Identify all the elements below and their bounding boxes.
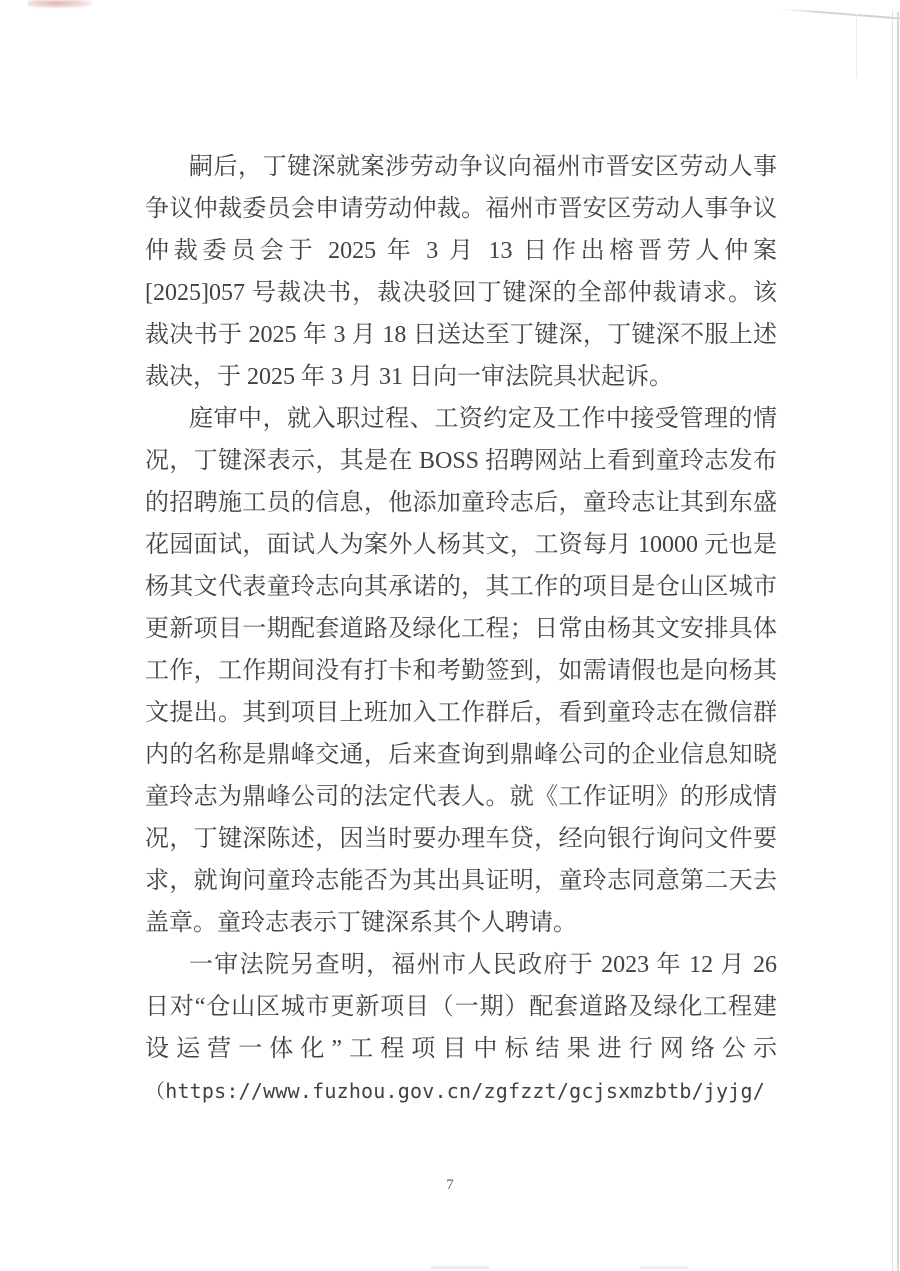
text-line: 一审法院另查明，福州市人民政府于 2023 年 12 月 26	[145, 944, 777, 986]
text-line: 裁决书于 2025 年 3 月 18 日送达至丁键深，丁键深不服上述	[145, 314, 777, 356]
text-line: （https://www.fuzhou.gov.cn/zgfzzt/gcjsxm…	[145, 1070, 777, 1112]
text-line: 设运营一体化”工程项目中标结果进行网络公示	[145, 1028, 777, 1070]
scan-edge-line-top	[780, 8, 900, 20]
text-line: 盖章。童玲志表示丁键深系其个人聘请。	[145, 902, 777, 944]
paragraph: 庭审中，就入职过程、工资约定及工作中接受管理的情况，丁键深表示，其是在 BOSS…	[145, 398, 777, 944]
paragraph: 嗣后，丁键深就案涉劳动争议向福州市晋安区劳动人事争议仲裁委员会申请劳动仲裁。福州…	[145, 146, 777, 398]
text-line: 况，丁键深陈述，因当时要办理车贷，经向银行询问文件要	[145, 818, 777, 860]
text-line: 况，丁键深表示，其是在 BOSS 招聘网站上看到童玲志发布	[145, 440, 777, 482]
text-line: 花园面试，面试人为案外人杨其文，工资每月 10000 元也是	[145, 524, 777, 566]
scan-edge-line-right-inner	[892, 10, 893, 1271]
text-line: 工作，工作期间没有打卡和考勤签到，如需请假也是向杨其	[145, 650, 777, 692]
scan-edge-line-right-outer	[897, 12, 899, 1271]
text-line: 文提出。其到项目上班加入工作群后，看到童玲志在微信群	[145, 692, 777, 734]
text-line: [2025]057 号裁决书，裁决驳回丁键深的全部仲裁请求。该	[145, 272, 777, 314]
document-body: 嗣后，丁键深就案涉劳动争议向福州市晋安区劳动人事争议仲裁委员会申请劳动仲裁。福州…	[145, 146, 777, 1112]
text-line: 杨其文代表童玲志向其承诺的，其工作的项目是仓山区城市	[145, 566, 777, 608]
text-line: 更新项目一期配套道路及绿化工程；日常由杨其文安排具体	[145, 608, 777, 650]
text-line: 裁决，于 2025 年 3 月 31 日向一审法院具状起诉。	[145, 356, 777, 398]
text-line: 求，就询问童玲志能否为其出具证明，童玲志同意第二天去	[145, 860, 777, 902]
text-line: 童玲志为鼎峰公司的法定代表人。就《工作证明》的形成情	[145, 776, 777, 818]
scan-bottom-smudge	[640, 1266, 688, 1269]
paragraph: 一审法院另查明，福州市人民政府于 2023 年 12 月 26日对“仓山区城市更…	[145, 944, 777, 1112]
text-line: 嗣后，丁键深就案涉劳动争议向福州市晋安区劳动人事	[145, 146, 777, 188]
scan-edge-line-right-short	[856, 14, 857, 78]
red-seal-smudge	[28, 0, 92, 8]
text-line: 日对“仓山区城市更新项目（一期）配套道路及绿化工程建	[145, 986, 777, 1028]
text-line: 的招聘施工员的信息，他添加童玲志后，童玲志让其到东盛	[145, 482, 777, 524]
text-line: 庭审中，就入职过程、工资约定及工作中接受管理的情	[145, 398, 777, 440]
text-line: 内的名称是鼎峰交通，后来查询到鼎峰公司的企业信息知晓	[145, 734, 777, 776]
text-line: 争议仲裁委员会申请劳动仲裁。福州市晋安区劳动人事争议	[145, 188, 777, 230]
document-page: 嗣后，丁键深就案涉劳动争议向福州市晋安区劳动人事争议仲裁委员会申请劳动仲裁。福州…	[0, 0, 900, 1271]
page-number: 7	[0, 1177, 900, 1194]
text-line: 仲裁委员会于 2025 年 3 月 13 日作出榕晋劳人仲案	[145, 230, 777, 272]
scan-bottom-smudge	[430, 1266, 490, 1269]
